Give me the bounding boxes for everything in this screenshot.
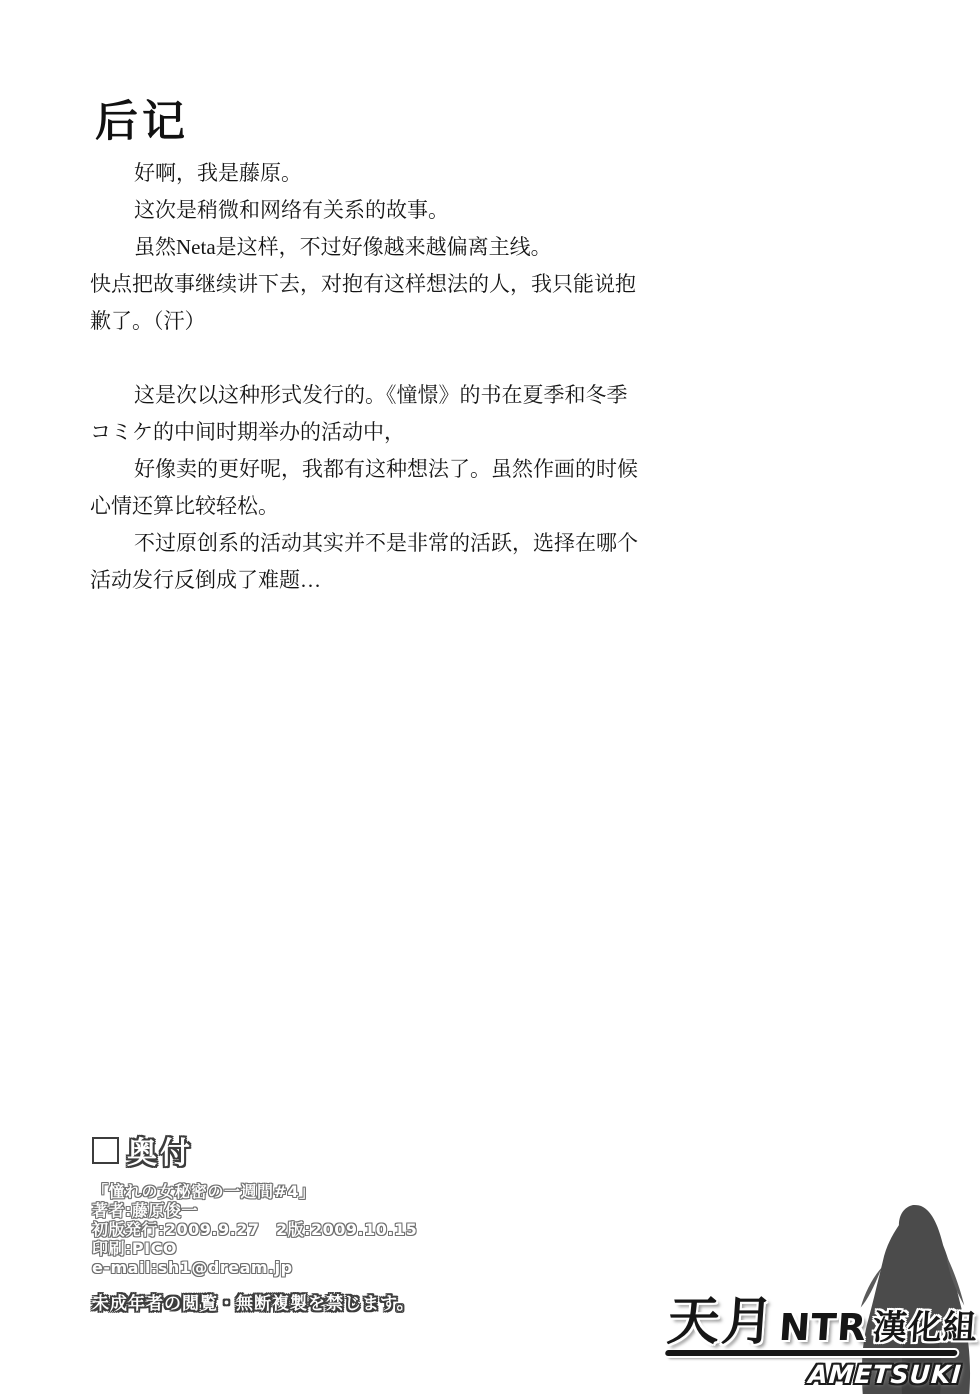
logo-ntr-text: NTR [778, 1308, 869, 1348]
colophon-header-label: 奥付 [127, 1128, 193, 1172]
colophon: 奥付 「憧れの女秘密の一週間#4」 著者:藤原俊一 初版発行:2009.9.27… [92, 1128, 512, 1314]
text-line: コミケ的中间时期举办的活动中， [90, 414, 710, 451]
logo-romaji-text: AMETSUKI [663, 1360, 977, 1389]
square-outline-icon [92, 1137, 119, 1164]
colophon-edition: 初版発行:2009.9.27 2版:2009.10.15 [92, 1220, 512, 1239]
text-line: 好像卖的更好呢，我都有这种想法了。虽然作画的时候 [90, 451, 710, 488]
afterword-page: 后记 好啊，我是藤原。 这次是稍微和网络有关系的故事。 虽然Neta是这样，不过… [0, 0, 980, 1394]
colophon-printer: 印刷:PICO [92, 1239, 512, 1258]
text-line: 快点把故事继续讲下去，对抱有这样想法的人，我只能说抱 [90, 266, 710, 303]
logo-tenki-text: 天月 [666, 1296, 778, 1348]
scanlation-logo: 天月 NTR 漢化組 !! AMETSUKI [663, 1296, 980, 1389]
colophon-header: 奥付 [92, 1128, 512, 1172]
text-line: 心情还算比较轻松。 [90, 488, 710, 525]
page-title: 后记 [95, 88, 189, 149]
paragraph: 这是次以这种形式发行的。《憧憬》的书在夏季和冬季 コミケ的中间时期举办的活动中，… [90, 377, 710, 599]
text-line: 这次是稍微和网络有关系的故事。 [90, 192, 710, 229]
colophon-email: e-mail:sh1@dream.jp [92, 1258, 512, 1277]
text-line: 这是次以这种形式发行的。《憧憬》的书在夏季和冬季 [90, 377, 710, 414]
afterword-body: 好啊，我是藤原。 这次是稍微和网络有关系的故事。 虽然Neta是这样，不过好像越… [90, 155, 710, 599]
text-line: 好啊，我是藤原。 [90, 155, 710, 192]
logo-hanzu-text: 漢化組 [871, 1308, 979, 1348]
text-line: 歉了。（汗） [90, 303, 710, 340]
colophon-book-title: 「憧れの女秘密の一週間#4」 [92, 1182, 512, 1201]
colophon-author: 著者:藤原俊一 [92, 1201, 512, 1220]
text-line: 活动发行反倒成了难题… [90, 562, 710, 599]
colophon-notice: 未成年者の閲覧・無断複製を禁じます。 [92, 1289, 512, 1314]
text-line: 不过原创系的活动其实并不是非常的活跃，选择在哪个 [90, 525, 710, 562]
paragraph: 好啊，我是藤原。 这次是稍微和网络有关系的故事。 虽然Neta是这样，不过好像越… [90, 155, 710, 340]
text-line: 虽然Neta是这样，不过好像越来越偏离主线。 [90, 229, 710, 266]
